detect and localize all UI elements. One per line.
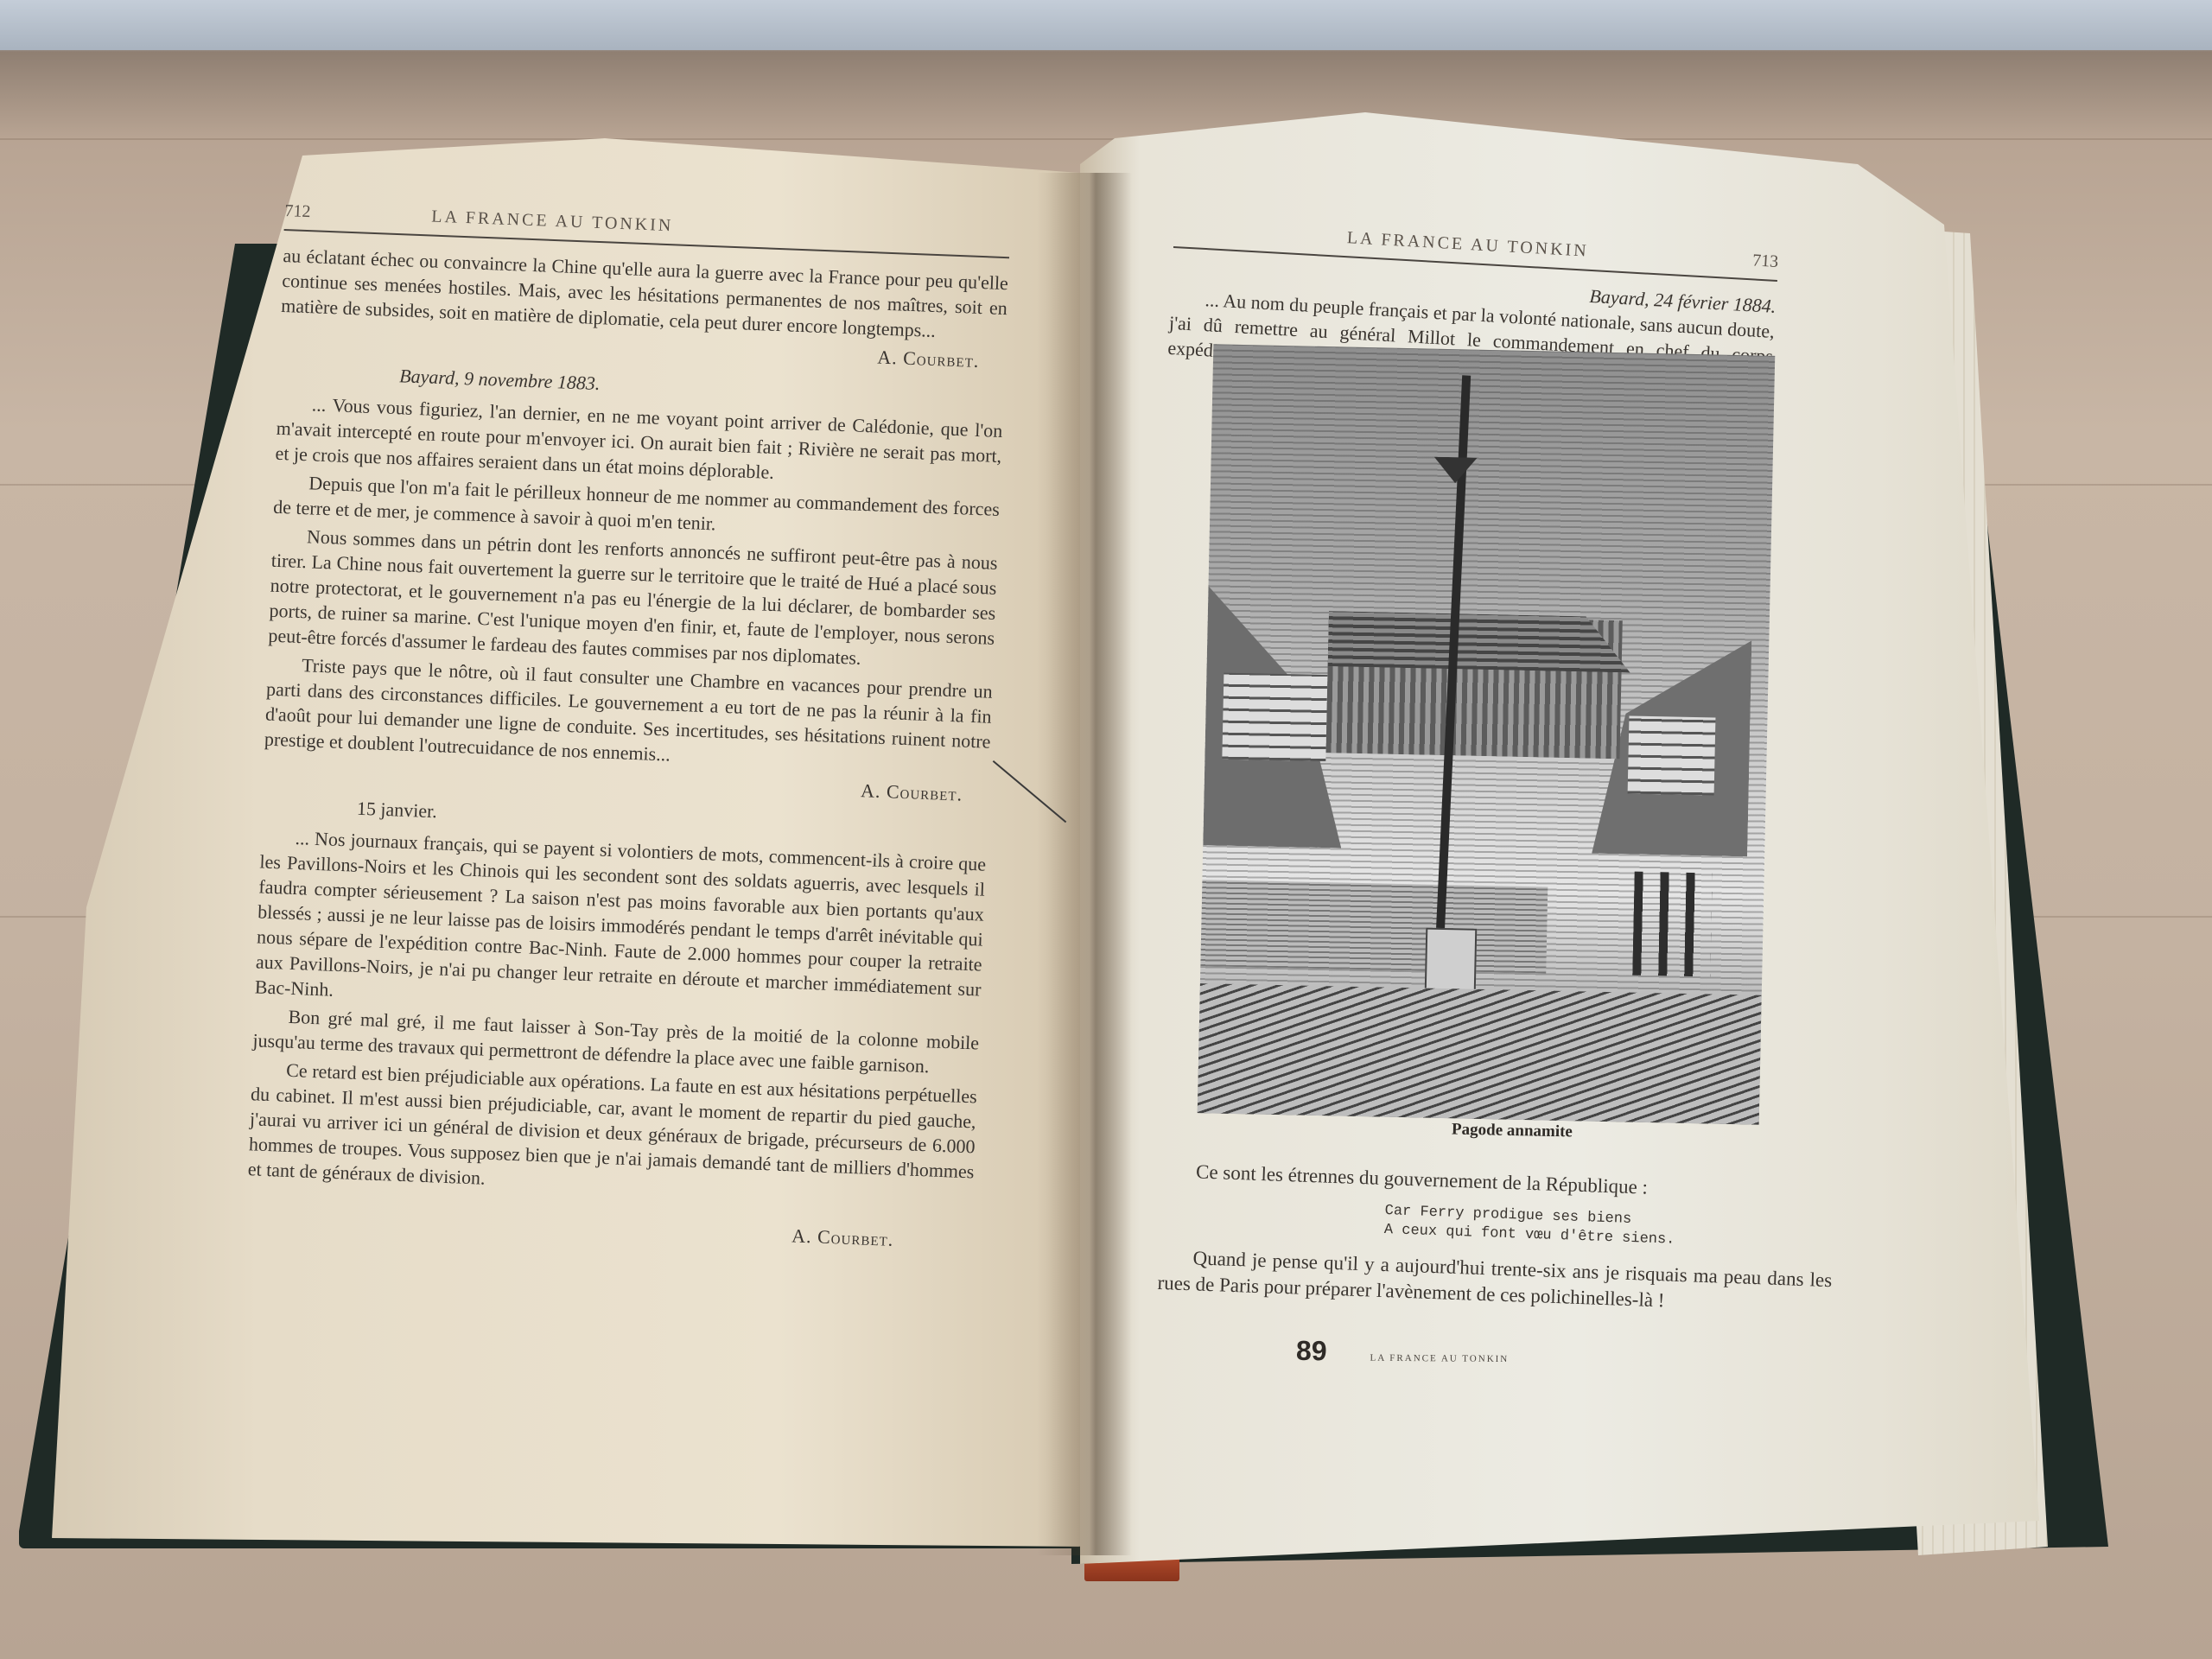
verse: Car Ferry prodigue ses biens A ceux qui …: [1383, 1202, 1834, 1255]
engraving-pagoda-icon: [1198, 344, 1775, 1124]
left-page-text: 712 LA FRANCE AU TONKIN au éclatant éche…: [245, 199, 1011, 1267]
standing-figures: [1632, 872, 1712, 977]
foreground-grass: [1198, 983, 1762, 1125]
pole-funnel: [1433, 457, 1478, 484]
right-page-bottom-text: Ce sont les étrennes du gouvernement de …: [1157, 1149, 1836, 1323]
pond: [1200, 880, 1548, 973]
paragraph: ... Nos journaux français, qui se payent…: [254, 823, 986, 1027]
page-number: 713: [1751, 248, 1779, 275]
page-number: 712: [284, 199, 311, 225]
pagoda-right: [1628, 715, 1716, 795]
pagoda-left: [1222, 673, 1327, 761]
paragraph: Ce retard est bien préjudiciable aux opé…: [247, 1056, 977, 1209]
temple-roof: [1328, 597, 1632, 672]
signature-number: 89: [1296, 1335, 1327, 1367]
illustration-caption: Pagode annamite: [1452, 1121, 1573, 1142]
signature-title: LA FRANCE AU TONKIN: [1370, 1353, 1509, 1364]
signature-mark: 89 LA FRANCE AU TONKIN: [1296, 1335, 1510, 1369]
gutter-shadow: [1037, 173, 1132, 1555]
background-wall: [0, 0, 2212, 50]
wood-plank-seam: [0, 138, 2212, 140]
paragraph: Nous sommes dans un pétrin dont les renf…: [268, 523, 998, 676]
